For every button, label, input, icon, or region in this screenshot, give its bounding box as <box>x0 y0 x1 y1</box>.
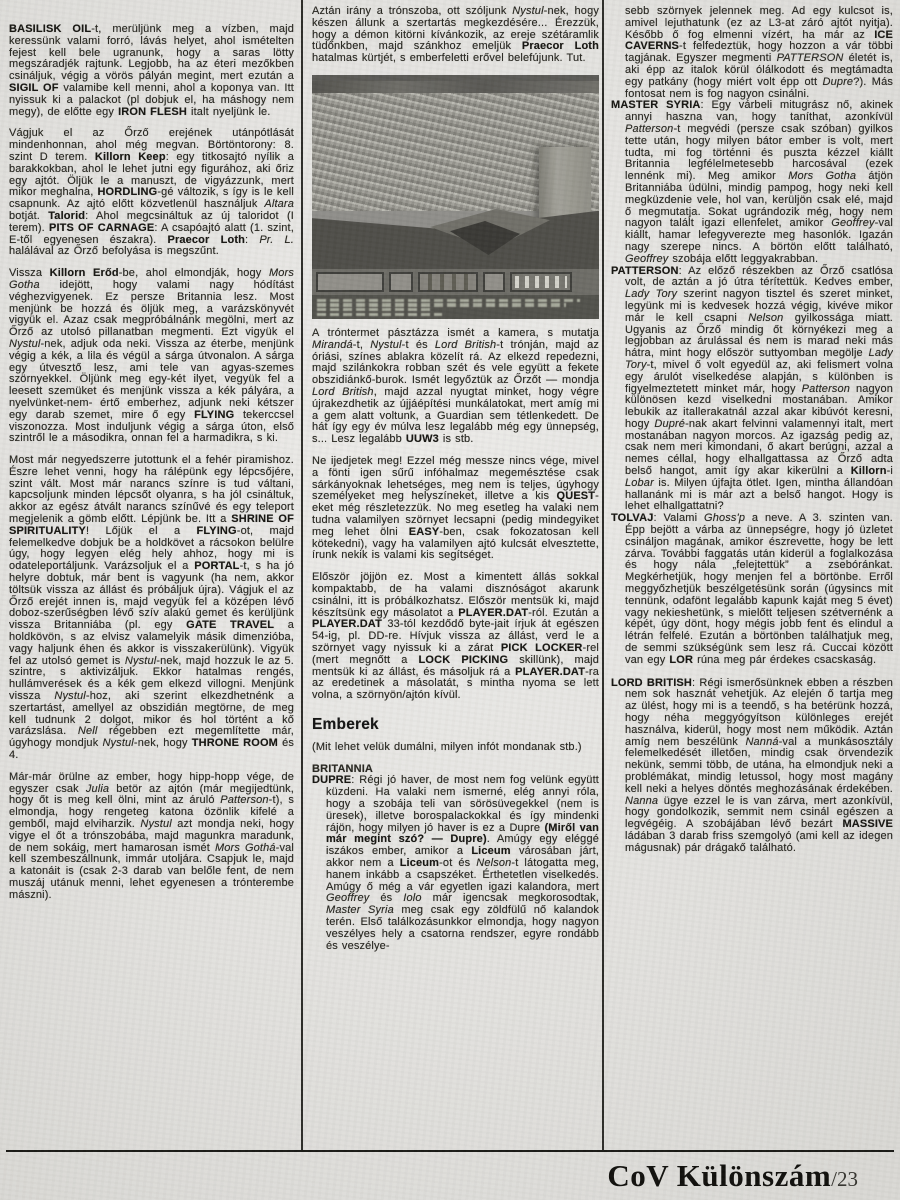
message-line <box>317 303 566 306</box>
paragraph: Aztán irány a trónszoba, ott szóljunk Ny… <box>312 6 599 65</box>
message-line <box>317 308 433 311</box>
column-left: BASILISK OIL-t, merüljünk meg a vízben, … <box>9 24 294 1139</box>
hud-panel <box>389 272 413 292</box>
paragraph: Vágjuk el az Őrző erejének utánpótlását … <box>9 128 294 258</box>
hud-panel <box>418 272 478 292</box>
column-divider-1 <box>301 0 303 1150</box>
column-divider-2 <box>602 0 604 1150</box>
paragraph: BASILISK OIL-t, merüljünk meg a vízben, … <box>9 24 294 118</box>
paragraph: Már-már örülne az ember, hogy hipp-hopp … <box>9 772 294 902</box>
screenshot-ceiling <box>312 81 599 93</box>
paragraph: Most már negyedszerre jutottunk el a feh… <box>9 455 294 762</box>
message-line <box>317 299 580 302</box>
hud-panel <box>483 272 505 292</box>
section-heading-emberek: Emberek <box>312 716 599 733</box>
footer-rule <box>6 1150 894 1152</box>
scanned-magazine-page: { "col1": { "paragraphs": [ "**BASILISK … <box>0 0 900 1200</box>
entry-lord-british: LORD BRITISH: Régi ismerősünknek ebben a… <box>611 678 893 855</box>
paragraph: Először jöjjön ez. Most a kimentett állá… <box>312 572 599 702</box>
paragraph: (Mit lehet velük dumálni, milyen infót m… <box>312 742 599 754</box>
entry-dupre: DUPRE: Régi jó haver, de most nem fog ve… <box>312 775 599 952</box>
paragraph: A tróntermet pásztázza ismét a kamera, s… <box>312 328 599 446</box>
paragraph: Ne ijedjetek meg! Ezzel még messze nincs… <box>312 456 599 562</box>
footer-brand: CoV Különszám <box>607 1158 831 1193</box>
screenshot-floor <box>312 207 599 269</box>
page-footer: CoV Különszám/23 <box>607 1158 858 1194</box>
hud-rune-panel <box>510 272 572 292</box>
hud-panel <box>316 272 384 292</box>
entry-patterson: PATTERSON: Az előző részekben az Őrző cs… <box>611 266 893 514</box>
message-line <box>317 313 442 316</box>
column-right: sebb szörnyek jelennek meg. Ad egy kulcs… <box>611 6 893 1140</box>
game-screenshot <box>312 75 599 319</box>
entry-master-syria: MASTER SYRIA: Egy várbeli mitugrász nő, … <box>611 100 893 265</box>
column-center: Aztán irány a trónszoba, ott szóljunk Ny… <box>312 6 599 1140</box>
paragraph: Vissza Killorn Erőd-be, ahol elmondják, … <box>9 268 294 445</box>
screenshot-hud-bar <box>312 269 599 295</box>
entry-tolvaj: TOLVAJ: Valami Ghoss'p a neve. A 3. szin… <box>611 513 893 666</box>
entry-dupre-continuation: sebb szörnyek jelennek meg. Ad egy kulcs… <box>611 6 893 100</box>
screenshot-message-log <box>312 295 599 319</box>
footer-page-number: /23 <box>831 1167 858 1191</box>
